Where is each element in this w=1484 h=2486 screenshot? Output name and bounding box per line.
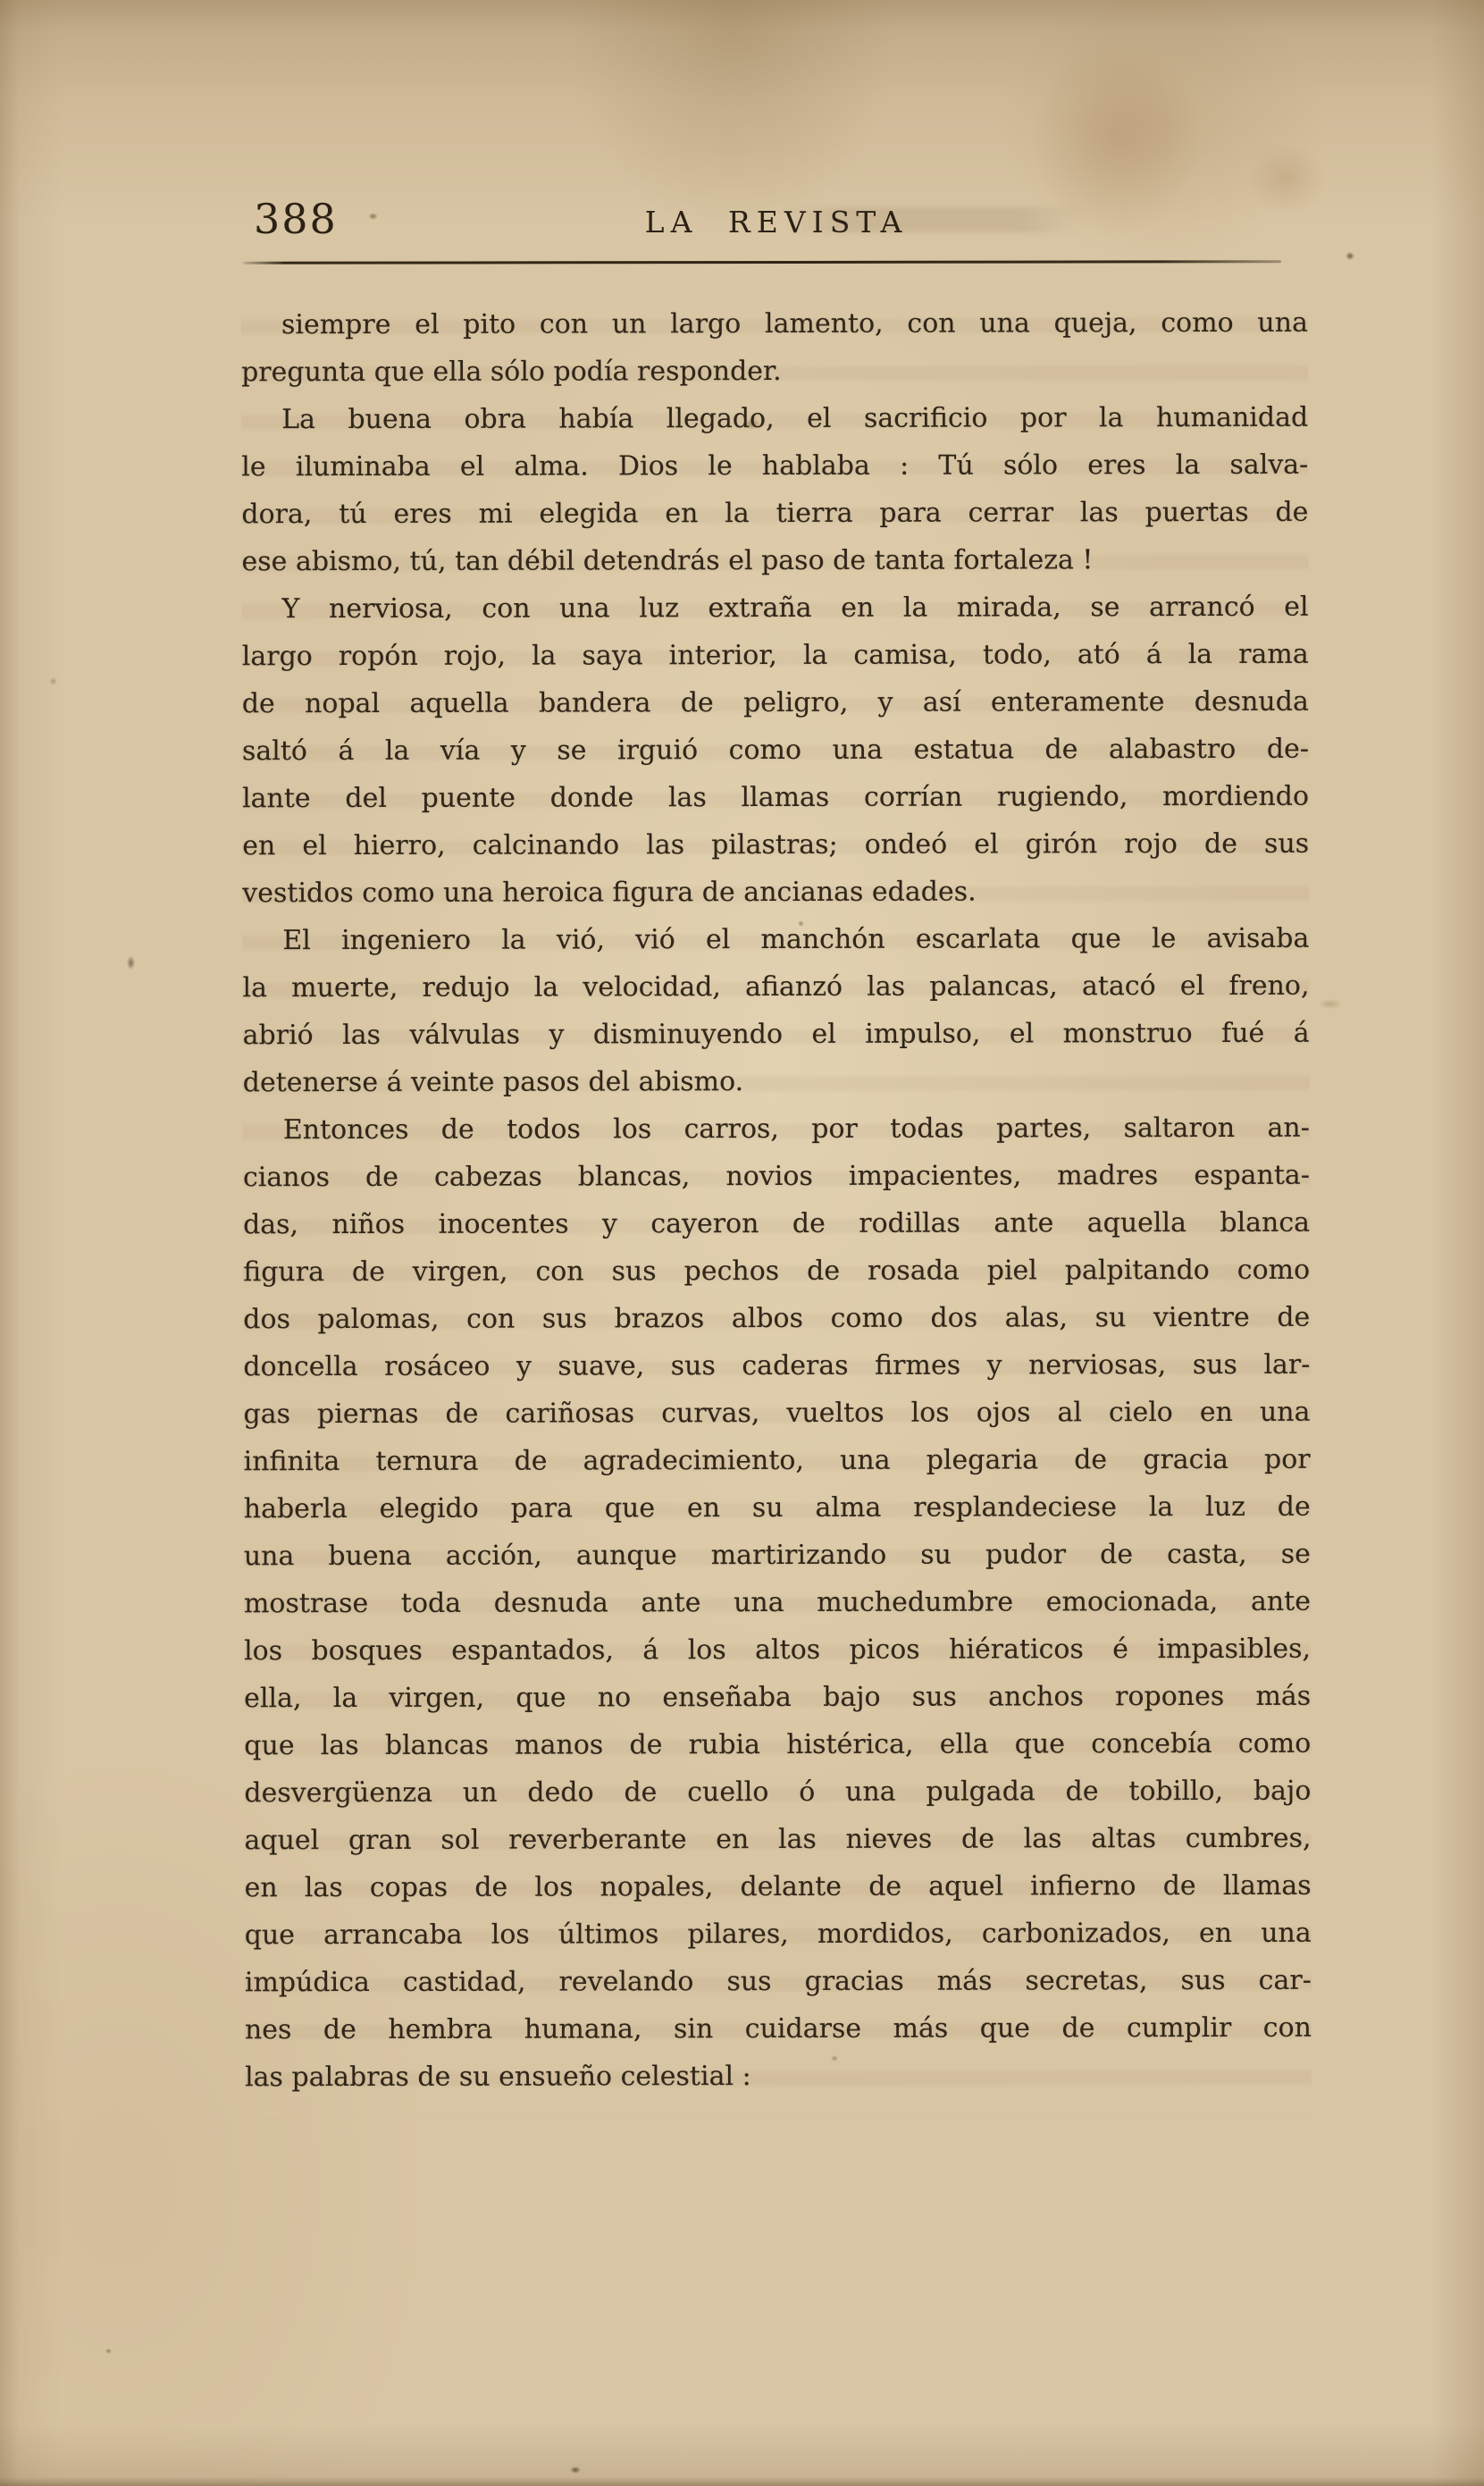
text-line: los bosques espantados, á los altos pico… bbox=[244, 1625, 1311, 1676]
text-line: infinita ternura de agradecimiento, una … bbox=[244, 1436, 1311, 1486]
text-line: El ingeniero la vió, vió el manchón esca… bbox=[242, 915, 1309, 965]
text-line: impúdica castidad, revelando sus gracias… bbox=[245, 1957, 1312, 2007]
paragraph: El ingeniero la vió, vió el manchón esca… bbox=[242, 915, 1309, 1107]
text-line: figura de virgen, con sus pechos de rosa… bbox=[243, 1247, 1310, 1297]
paragraph: siempre el pito con un largo lamento, co… bbox=[241, 299, 1308, 397]
text-line: haberla elegido para que en su alma resp… bbox=[244, 1483, 1311, 1533]
paragraph: La buena obra había llegado, el sacrific… bbox=[241, 394, 1308, 586]
text-line: de nopal aquella bandera de peligro, y a… bbox=[242, 678, 1309, 728]
text-line: mostrase toda desnuda ante una muchedumb… bbox=[244, 1578, 1311, 1628]
text-line: desvergüenza un dedo de cuello ó una pul… bbox=[244, 1768, 1311, 1818]
text-column: siempre el pito con un largo lamento, co… bbox=[241, 299, 1312, 2101]
header-rule bbox=[243, 260, 1281, 265]
stain bbox=[49, 677, 57, 685]
text-line: La buena obra había llegado, el sacrific… bbox=[241, 394, 1308, 444]
stain bbox=[127, 956, 135, 970]
text-line: aquel gran sol reverberante en las nieve… bbox=[244, 1815, 1311, 1865]
paragraph: Entonces de todos los carros, por todas … bbox=[243, 1104, 1312, 2101]
text-line: detenerse á veinte pasos del abismo. bbox=[243, 1057, 1310, 1107]
stain bbox=[105, 2348, 112, 2354]
text-line: en las copas de los nopales, delante de … bbox=[245, 1862, 1312, 1912]
text-line: largo ropón rojo, la saya interior, la c… bbox=[242, 631, 1309, 681]
text-line: cianos de cabezas blancas, novios impaci… bbox=[243, 1152, 1310, 1202]
text-line: pregunta que ella sólo podía responder. bbox=[241, 347, 1308, 397]
text-line: una buena acción, aunque martirizando su… bbox=[244, 1531, 1311, 1581]
text-line: abrió las válvulas y disminuyendo el imp… bbox=[243, 1010, 1310, 1060]
running-header: 388 LA REVISTA bbox=[243, 198, 1310, 248]
text-line: nes de hembra humana, sin cuidarse más q… bbox=[245, 2004, 1312, 2054]
text-line: le iluminaba el alma. Dios le hablaba : … bbox=[241, 441, 1308, 491]
text-line: dos palomas, con sus brazos albos como d… bbox=[243, 1294, 1310, 1344]
text-line: ella, la virgen, que no enseñaba bajo su… bbox=[244, 1673, 1311, 1723]
text-line: la muerte, redujo la velocidad, afianzó … bbox=[242, 962, 1309, 1012]
text-line: en el hierro, calcinando las pilastras; … bbox=[242, 820, 1309, 870]
text-line: vestidos como una heroica figura de anci… bbox=[242, 868, 1309, 918]
text-line: das, niños inocentes y cayeron de rodill… bbox=[243, 1199, 1310, 1249]
text-line: saltó á la vía y se irguió como una esta… bbox=[242, 726, 1309, 776]
text-line: Y nerviosa, con una luz extraña en la mi… bbox=[242, 584, 1309, 634]
text-line: gas piernas de cariñosas curvas, vueltos… bbox=[243, 1389, 1310, 1439]
text-line: dora, tú eres mi elegida en la tierra pa… bbox=[241, 489, 1308, 539]
text-line: ese abismo, tú, tan débil detendrás el p… bbox=[241, 536, 1308, 586]
running-title: LA REVISTA bbox=[243, 206, 1310, 239]
text-line: que las blancas manos de rubia histérica… bbox=[244, 1720, 1311, 1770]
text-line: que arrancaba los últimos pilares, mordi… bbox=[245, 1910, 1312, 1960]
text-line: siempre el pito con un largo lamento, co… bbox=[241, 299, 1308, 349]
text-line: doncella rosáceo y suave, sus caderas fi… bbox=[243, 1341, 1310, 1391]
paragraph: Y nerviosa, con una luz extraña en la mi… bbox=[242, 584, 1310, 917]
stain bbox=[1319, 999, 1342, 1009]
text-line: Entonces de todos los carros, por todas … bbox=[243, 1104, 1310, 1155]
stain bbox=[570, 2466, 581, 2473]
page-scan: 388 LA REVISTA siempre el pito con un la… bbox=[0, 0, 1484, 2486]
stain bbox=[1346, 252, 1354, 260]
text-line: lante del puente donde las llamas corría… bbox=[242, 773, 1309, 823]
text-line: las palabras de su ensueño celestial : bbox=[245, 2052, 1312, 2102]
